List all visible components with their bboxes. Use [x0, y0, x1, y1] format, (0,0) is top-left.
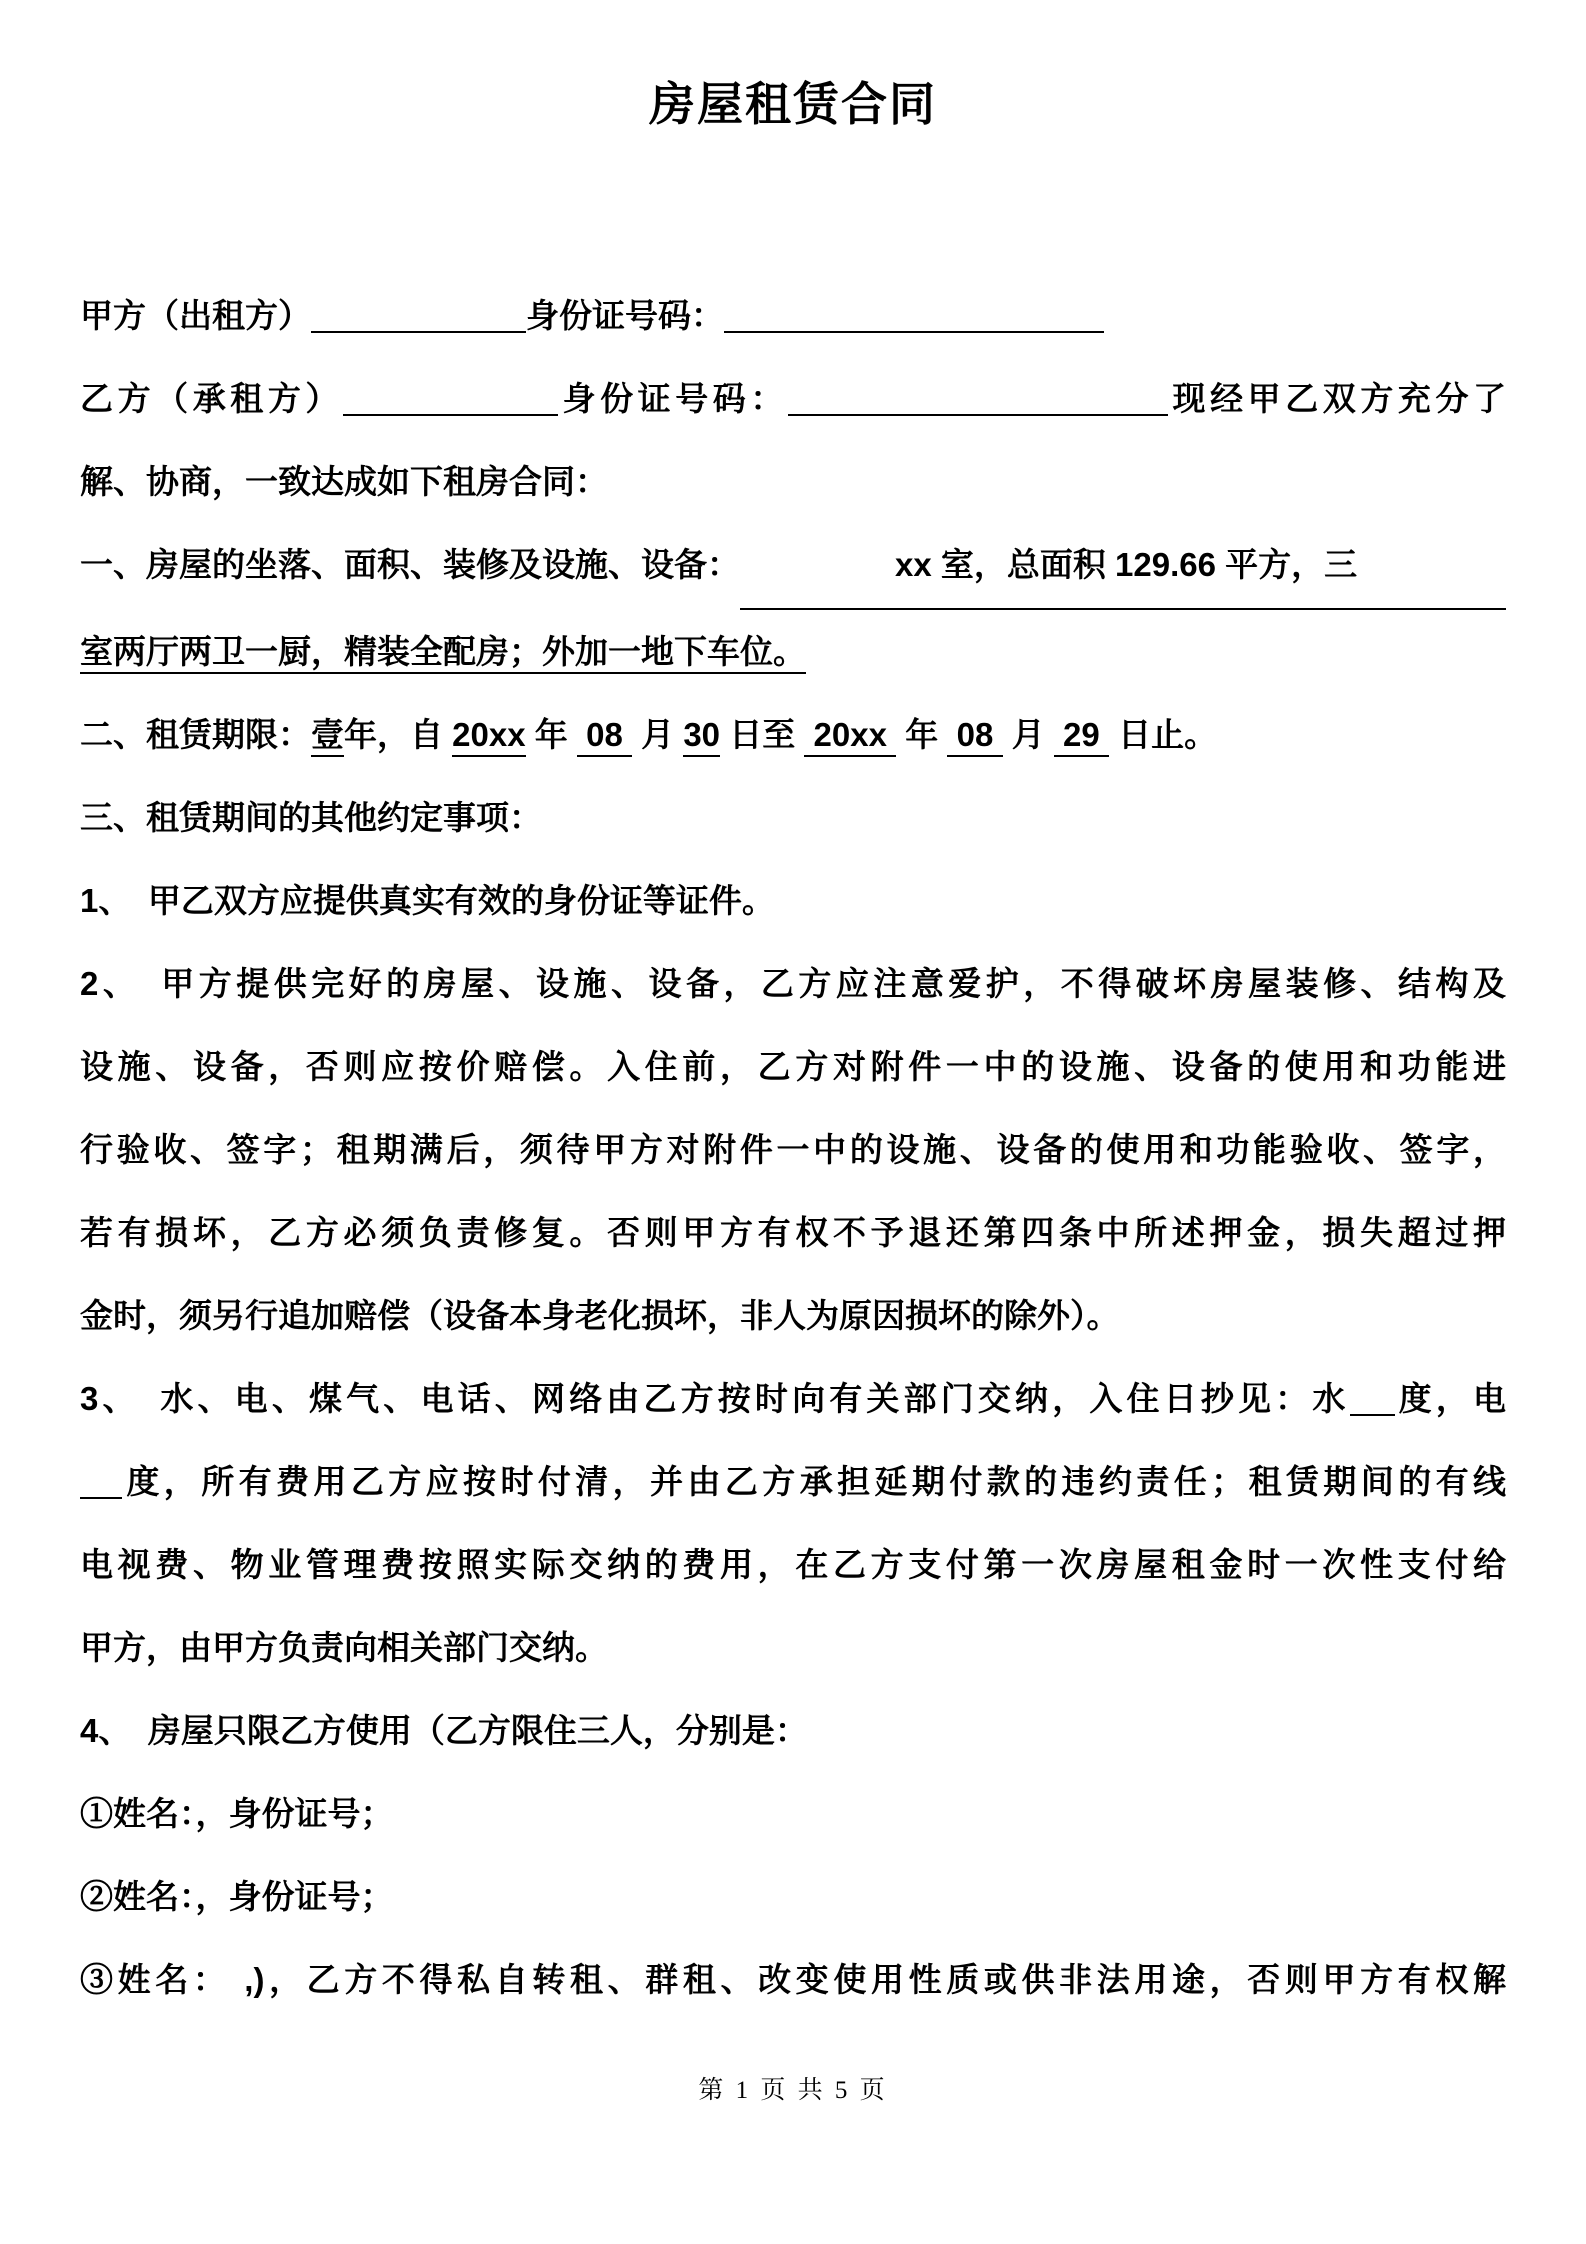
text-run: 2、 甲方提供完好的房屋、设施、设备，乙方应注意爱护，不得破坏房屋装修、结构及 [80, 965, 1506, 1002]
page-footer: 第 1 页 共 5 页 [0, 2070, 1586, 2106]
text-run: 甲方（出租方） [80, 297, 311, 334]
text-run: 身份证号码： [526, 297, 724, 334]
contract-line: 设施、设备，否则应按价赔偿。入住前，乙方对附件一中的设施、设备的使用和功能进 [80, 1025, 1506, 1108]
text-run: 二、租赁期限： [80, 716, 311, 753]
text-run: 度，所有费用乙方应按时付清，并由乙方承担延期付款的违约责任；租赁期间的有线 [122, 1463, 1506, 1500]
text-run: 月 [1003, 716, 1054, 753]
blank-field [311, 298, 526, 333]
contract-line: 金时，须另行追加赔偿（设备本身老化损坏，非人为原因损坏的除外）。 [80, 1274, 1506, 1357]
text-run: 年 [526, 716, 577, 753]
text-run: 电视费、物业管理费按照实际交纳的费用，在乙方支付第一次房屋租金时一次性支付给 [80, 1546, 1506, 1583]
underlined-text: 29 [1054, 716, 1109, 757]
text-run: 若有损坏，乙方必须负责修复。否则甲方有权不予退还第四条中所述押金，损失超过押 [80, 1214, 1506, 1251]
underlined-text: 壹 [311, 716, 344, 757]
text-run: 解、协商，一致达成如下租房合同： [80, 463, 608, 500]
text-run: ①姓名：，身份证号； [80, 1795, 394, 1832]
blank-field [80, 1464, 122, 1499]
contract-line: 电视费、物业管理费按照实际交纳的费用，在乙方支付第一次房屋租金时一次性支付给 [80, 1523, 1506, 1606]
contract-line: 2、 甲方提供完好的房屋、设施、设备，乙方应注意爱护，不得破坏房屋装修、结构及 [80, 942, 1506, 1025]
text-run: 乙方（承租方） [80, 380, 343, 417]
text-run: 3、 水、电、煤气、电话、网络由乙方按时向有关部门交纳，入住日抄见：水 [80, 1380, 1350, 1417]
contract-line: ①姓名：，身份证号； [80, 1772, 1506, 1855]
text-run: 1、 甲乙双方应提供真实有效的身份证等证件。 [80, 882, 775, 919]
blank-field [1350, 1381, 1395, 1416]
contract-line: 二、租赁期限：壹年，自 20xx 年 08 月 30 日至 20xx 年 08 … [80, 693, 1506, 776]
contract-line: 度，所有费用乙方应按时付清，并由乙方承担延期付款的违约责任；租赁期间的有线 [80, 1440, 1506, 1523]
underlined-text: 08 [947, 716, 1002, 757]
contract-line: 一、房屋的坐落、面积、装修及设施、设备：xx 室，总面积 129.66 平方，三 [80, 523, 1506, 610]
text-run: 日至 [720, 716, 804, 753]
contract-line: 1、 甲乙双方应提供真实有效的身份证等证件。 [80, 859, 1506, 942]
text-run: 度，电 [1395, 1380, 1507, 1417]
text-run: 月 [632, 716, 683, 753]
text-run: 年 [896, 716, 947, 753]
underlined-fill-text: xx 室，总面积 129.66 平方，三 [740, 523, 1506, 610]
contract-line: 3、 水、电、煤气、电话、网络由乙方按时向有关部门交纳，入住日抄见：水度，电 [80, 1357, 1506, 1440]
text-run: 现经甲乙双方充分了 [1168, 380, 1506, 417]
text-run: 行验收、签字；租期满后，须待甲方对附件一中的设施、设备的使用和功能验收、签字， [80, 1131, 1506, 1168]
underlined-text: 20xx [452, 716, 525, 757]
underlined-text: 08 [577, 716, 632, 757]
text-run: 日止。 [1109, 716, 1217, 753]
underlined-text: 20xx [804, 716, 896, 757]
text-run: 三、租赁期间的其他约定事项： [80, 799, 542, 836]
text-run: 一、房屋的坐落、面积、装修及设施、设备： [80, 523, 740, 606]
blank-field [343, 381, 558, 416]
contract-line: ②姓名：，身份证号； [80, 1855, 1506, 1938]
text-run: 年，自 [344, 716, 452, 753]
contract-line: 甲方（出租方）身份证号码： [80, 274, 1506, 357]
text-run: 设施、设备，否则应按价赔偿。入住前，乙方对附件一中的设施、设备的使用和功能进 [80, 1048, 1506, 1085]
underlined-text: 30 [683, 716, 720, 757]
text-run: 身份证号码： [558, 380, 788, 417]
text-run: 4、 房屋只限乙方使用（乙方限住三人，分别是： [80, 1712, 808, 1749]
contract-line: ③姓名： ,)，乙方不得私自转租、群租、改变使用性质或供非法用途，否则甲方有权解 [80, 1938, 1506, 2021]
contract-line: 行验收、签字；租期满后，须待甲方对附件一中的设施、设备的使用和功能验收、签字， [80, 1108, 1506, 1191]
contract-line: 三、租赁期间的其他约定事项： [80, 776, 1506, 859]
contract-body: 甲方（出租方）身份证号码：乙方（承租方）身份证号码：现经甲乙双方充分了解、协商，… [80, 274, 1506, 2021]
contract-line: 室两厅两卫一厨，精装全配房；外加一地下车位。 [80, 610, 1506, 693]
blank-field [724, 298, 1104, 333]
contract-line: 4、 房屋只限乙方使用（乙方限住三人，分别是： [80, 1689, 1506, 1772]
text-run: 甲方，由甲方负责向相关部门交纳。 [80, 1629, 608, 1666]
contract-line: 甲方，由甲方负责向相关部门交纳。 [80, 1606, 1506, 1689]
blank-field [788, 381, 1168, 416]
contract-line: 解、协商，一致达成如下租房合同： [80, 440, 1506, 523]
contract-line: 若有损坏，乙方必须负责修复。否则甲方有权不予退还第四条中所述押金，损失超过押 [80, 1191, 1506, 1274]
underlined-text: 室两厅两卫一厨，精装全配房；外加一地下车位。 [80, 633, 806, 674]
text-run: ③姓名： ,)，乙方不得私自转租、群租、改变使用性质或供非法用途，否则甲方有权解 [80, 1961, 1506, 1998]
contract-line: 乙方（承租方）身份证号码：现经甲乙双方充分了 [80, 357, 1506, 440]
page-title: 房屋租赁合同 [0, 68, 1586, 134]
text-run: ②姓名：，身份证号； [80, 1878, 394, 1915]
document-page: 房屋租赁合同 甲方（出租方）身份证号码：乙方（承租方）身份证号码：现经甲乙双方充… [0, 0, 1586, 2244]
text-run: 金时，须另行追加赔偿（设备本身老化损坏，非人为原因损坏的除外）。 [80, 1297, 1120, 1334]
